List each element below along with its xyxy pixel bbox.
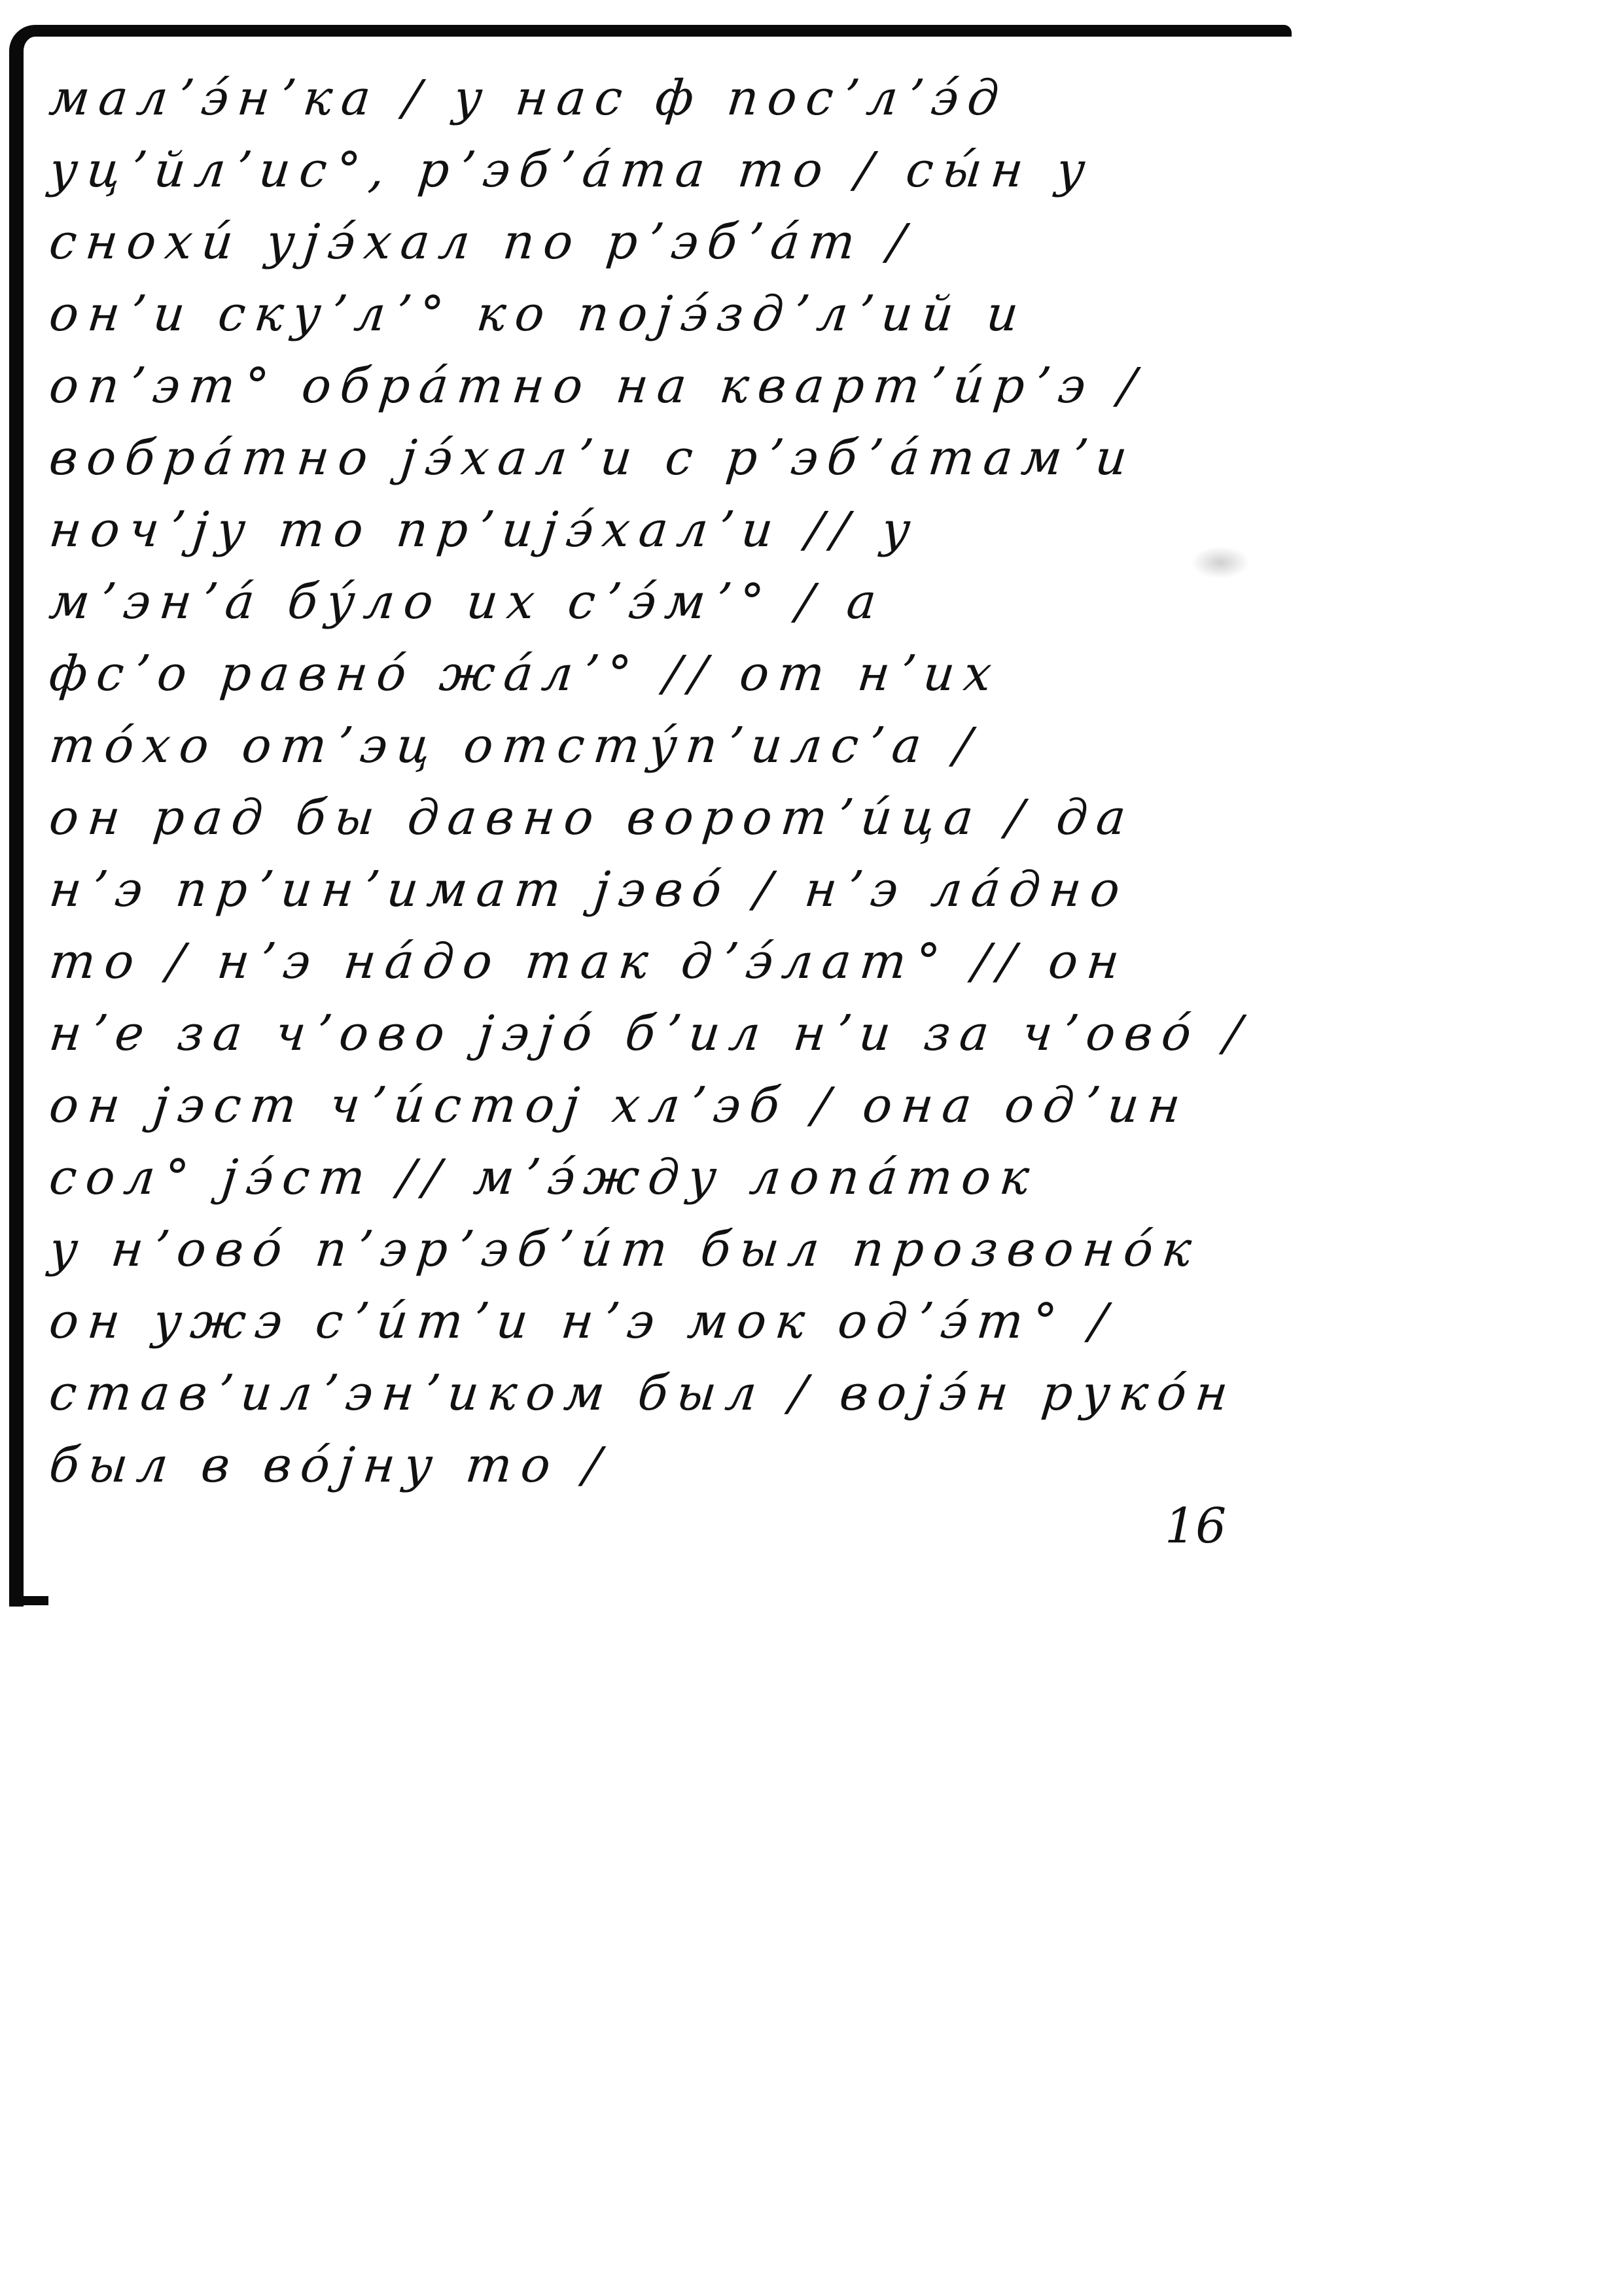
text-line: фсʼо равно́ жа́лʼ° // от нʼих (46, 638, 1297, 710)
text-line: сол° јэ́ст // мʼэ́жду лопа́ток (46, 1141, 1297, 1213)
text-line: он рад бы давно воротʼи́ца / да (46, 782, 1297, 854)
text-line: у нʼово́ пʼэрʼэбʼи́т был прозвоно́к (46, 1213, 1297, 1285)
text-line: был в во́јну то / (46, 1429, 1297, 1501)
page-number: 16 (1165, 1498, 1226, 1554)
text-line: ставʼилʼэнʼиком был / војэ́н руко́н (46, 1357, 1297, 1429)
text-line: опʼэт° обра́тно на квартʼи́рʼэ / (46, 350, 1297, 422)
scanned-page: малʼэ́нʼка / у нас ф посʼлʼэ́д уцʼйлʼис°… (0, 0, 1607, 2296)
text-line: мʼэнʼа́ бу́ло их сʼэ́мʼ° / а (46, 566, 1297, 638)
text-line: вобра́тно јэ́халʼи с рʼэбʼа́тамʼи (46, 422, 1297, 494)
text-line: ночʼју то прʼијэ́халʼи // у (46, 494, 1297, 566)
text-line: он јэст чʼи́стој хлʼэб / она одʼин (46, 1070, 1297, 1141)
text-line: нʼе за чʼово јэјо́ бʼил нʼи за чʼово́ / (46, 998, 1297, 1070)
text-line: малʼэ́нʼка / у нас ф посʼлʼэ́д (46, 62, 1297, 134)
text-line: нʼэ прʼинʼимат јэво́ / нʼэ ла́дно (46, 854, 1297, 926)
text-line: то́хо отʼэц отсту́пʼилсʼа / (46, 710, 1297, 782)
text-line: то / нʼэ на́до так дʼэ́лат° // он (46, 926, 1297, 998)
text-line: снохи́ ујэ́хал по рʼэбʼа́т / (46, 206, 1297, 278)
text-line: онʼи скуʼлʼ° ко појэ́здʼлʼий и (46, 278, 1297, 350)
handwritten-text-block: малʼэ́нʼка / у нас ф посʼлʼэ́д уцʼйлʼис°… (46, 62, 1289, 1501)
text-line: уцʼйлʼис°, рʼэбʼа́та то / сы́н у (46, 134, 1297, 206)
text-line: он ужэ сʼи́тʼи нʼэ мок одʼэ́т° / (46, 1285, 1297, 1357)
page-border-corner (9, 1596, 48, 1605)
